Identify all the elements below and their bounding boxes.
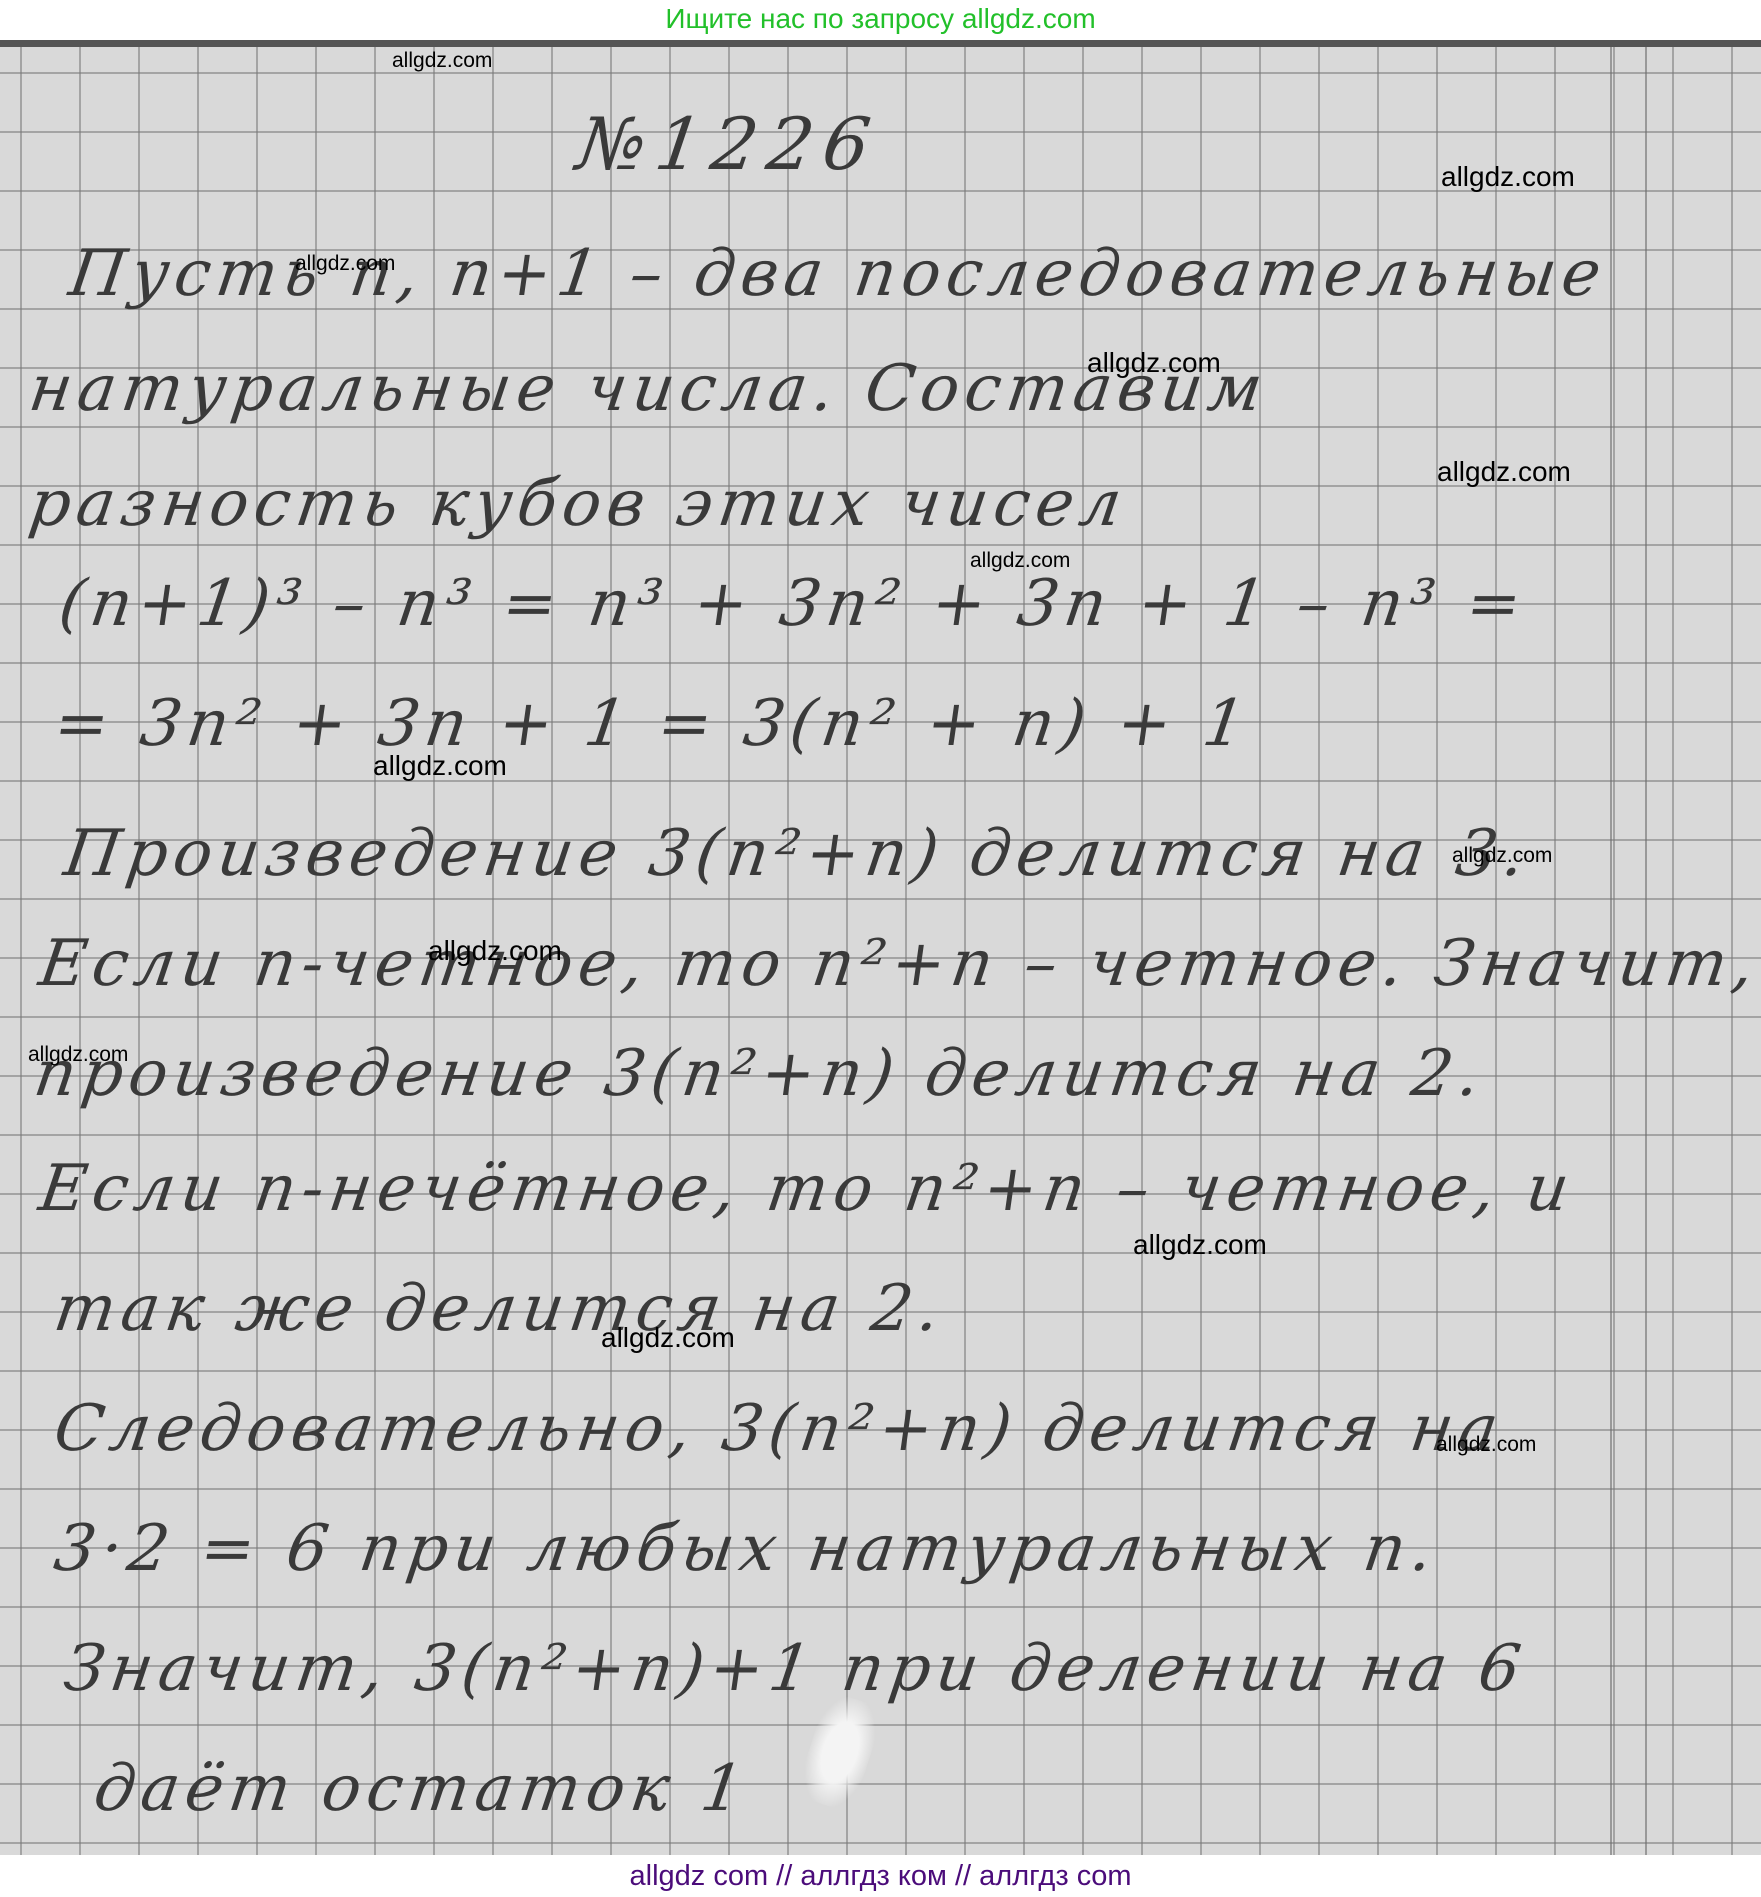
watermark: allgdz.com xyxy=(970,549,1070,573)
watermark: allgdz.com xyxy=(392,49,492,73)
handwritten-line-9: Если n-нечётное, то n²+n – четное, и xyxy=(35,1152,1580,1226)
handwritten-line-3: разность кубов этих чисел xyxy=(25,467,1132,541)
watermark: allgdz.com xyxy=(1452,844,1552,868)
handwritten-line-5: = 3n² + 3n + 1 = 3(n² + n) + 1 xyxy=(50,687,1256,761)
top-banner: Ищите нас по запросу allgdz.com xyxy=(0,0,1761,40)
handwritten-line-6: Произведение 3(n²+n) делится на 3. xyxy=(60,817,1535,891)
handwritten-line-14: даёт остаток 1 xyxy=(90,1752,754,1826)
handwritten-line-8: произведение 3(n²+n) делится на 2. xyxy=(30,1037,1490,1111)
watermark: allgdz.com xyxy=(428,935,562,967)
watermark: allgdz.com xyxy=(1437,456,1571,488)
exercise-number: №1226 xyxy=(572,102,885,186)
watermark: allgdz.com xyxy=(1133,1229,1267,1261)
notebook-page: №1226 Пусть n, n+1 – два последовательны… xyxy=(0,40,1761,1855)
watermark: allgdz.com xyxy=(1441,161,1575,193)
watermark: allgdz.com xyxy=(28,1043,128,1067)
watermark: allgdz.com xyxy=(295,252,395,276)
watermark: allgdz.com xyxy=(1436,1433,1536,1457)
handwritten-line-2: натуральные числа. Составим xyxy=(25,352,1273,426)
eraser-mark xyxy=(794,1690,885,1813)
watermark: allgdz.com xyxy=(1087,347,1221,379)
handwritten-line-13: Значит, 3(n²+n)+1 при делении на 6 xyxy=(60,1632,1531,1706)
watermark: allgdz.com xyxy=(373,750,507,782)
bottom-banner: allgdz com // аллгдз ком // аллгдз com xyxy=(0,1855,1761,1897)
watermark: allgdz.com xyxy=(601,1322,735,1354)
handwritten-line-12: 3·2 = 6 при любых натуральных n. xyxy=(50,1512,1443,1586)
handwritten-line-10: так же делится на 2. xyxy=(50,1272,950,1346)
handwritten-line-7: Если n-четное, то n²+n – четное. Значит, xyxy=(35,927,1761,1001)
handwritten-line-11: Следовательно, 3(n²+n) делится на xyxy=(50,1392,1509,1466)
handwritten-line-4: (n+1)³ – n³ = n³ + 3n² + 3n + 1 – n³ = xyxy=(55,567,1532,641)
